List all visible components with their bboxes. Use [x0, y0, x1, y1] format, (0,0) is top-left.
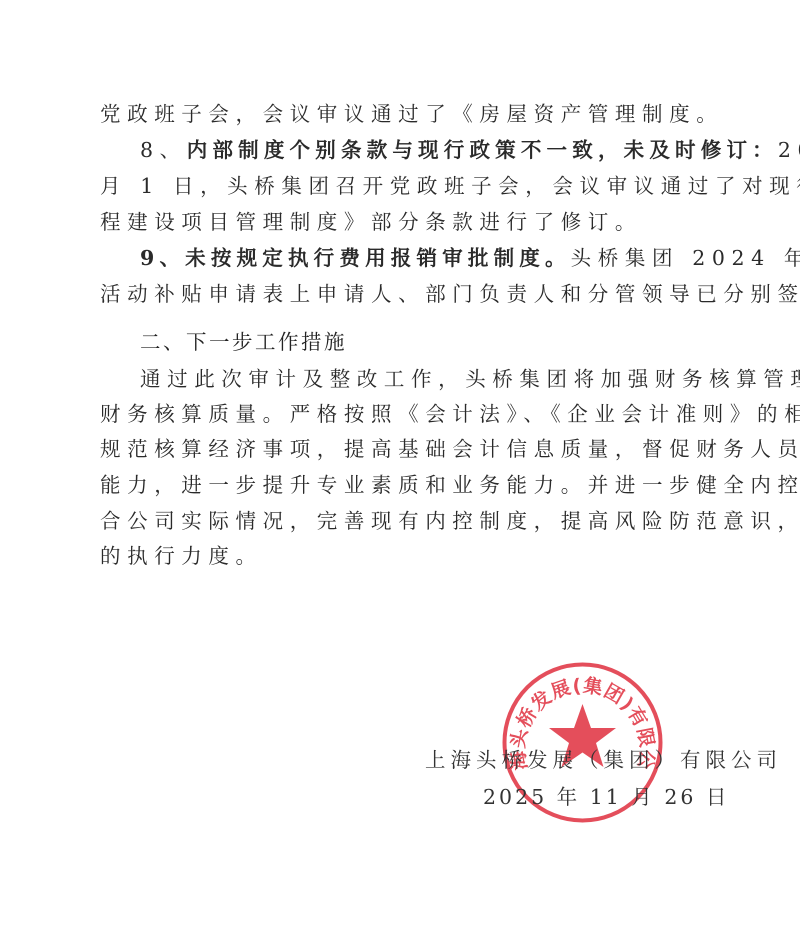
text-line: 月 1 日，头桥集团召开党政班子会，会议审议通过了对现行《小型工	[100, 172, 720, 200]
item-9-number: 9、	[140, 246, 185, 270]
item-8-title: 内部制度个别条款与现行政策不一致，未及时修订：	[187, 138, 778, 162]
item-8-text: 2024 年 4	[778, 138, 800, 162]
paragraph-line: 的执行力度。	[100, 542, 720, 570]
text-line: 党政班子会，会议审议通过了《房屋资产管理制度。	[100, 100, 720, 128]
document-page: 党政班子会，会议审议通过了《房屋资产管理制度。 8、内部制度个别条款与现行政策不…	[0, 0, 800, 925]
signature-date: 2025 年 11 月 26 日	[483, 783, 729, 811]
paragraph-line: 财务核算质量。严格按照《会计法》、《企业会计准则》的相关规定，	[100, 400, 720, 428]
item-9: 9、未按规定执行费用报销审批制度。头桥集团 2024 年度起公务	[100, 244, 760, 272]
item-8-number: 8、	[140, 138, 187, 162]
text-line: 活动补贴申请表上申请人、部门负责人和分管领导已分别签订确认。	[100, 280, 720, 308]
signature-company: 上海头桥发展（集团）有限公司	[425, 746, 782, 774]
item-9-text: 头桥集团 2024 年度起公务	[571, 246, 800, 270]
section-heading: 二、下一步工作措施	[140, 328, 347, 356]
text-line: 程建设项目管理制度》部分条款进行了修订。	[100, 208, 720, 236]
paragraph-line: 通过此次审计及整改工作，头桥集团将加强财务核算管理，提高	[100, 365, 760, 393]
item-8: 8、内部制度个别条款与现行政策不一致，未及时修订：2024 年 4	[100, 136, 760, 164]
paragraph-line: 能力，进一步提升专业素质和业务能力。并进一步健全内控制度。结	[100, 471, 720, 499]
paragraph-line: 合公司实际情况，完善现有内控制度，提高风险防范意识，强化制度	[100, 507, 720, 535]
item-9-title: 未按规定执行费用报销审批制度。	[185, 246, 571, 270]
paragraph-line: 规范核算经济事项，提高基础会计信息质量，督促财务人员提高学习	[100, 435, 720, 463]
